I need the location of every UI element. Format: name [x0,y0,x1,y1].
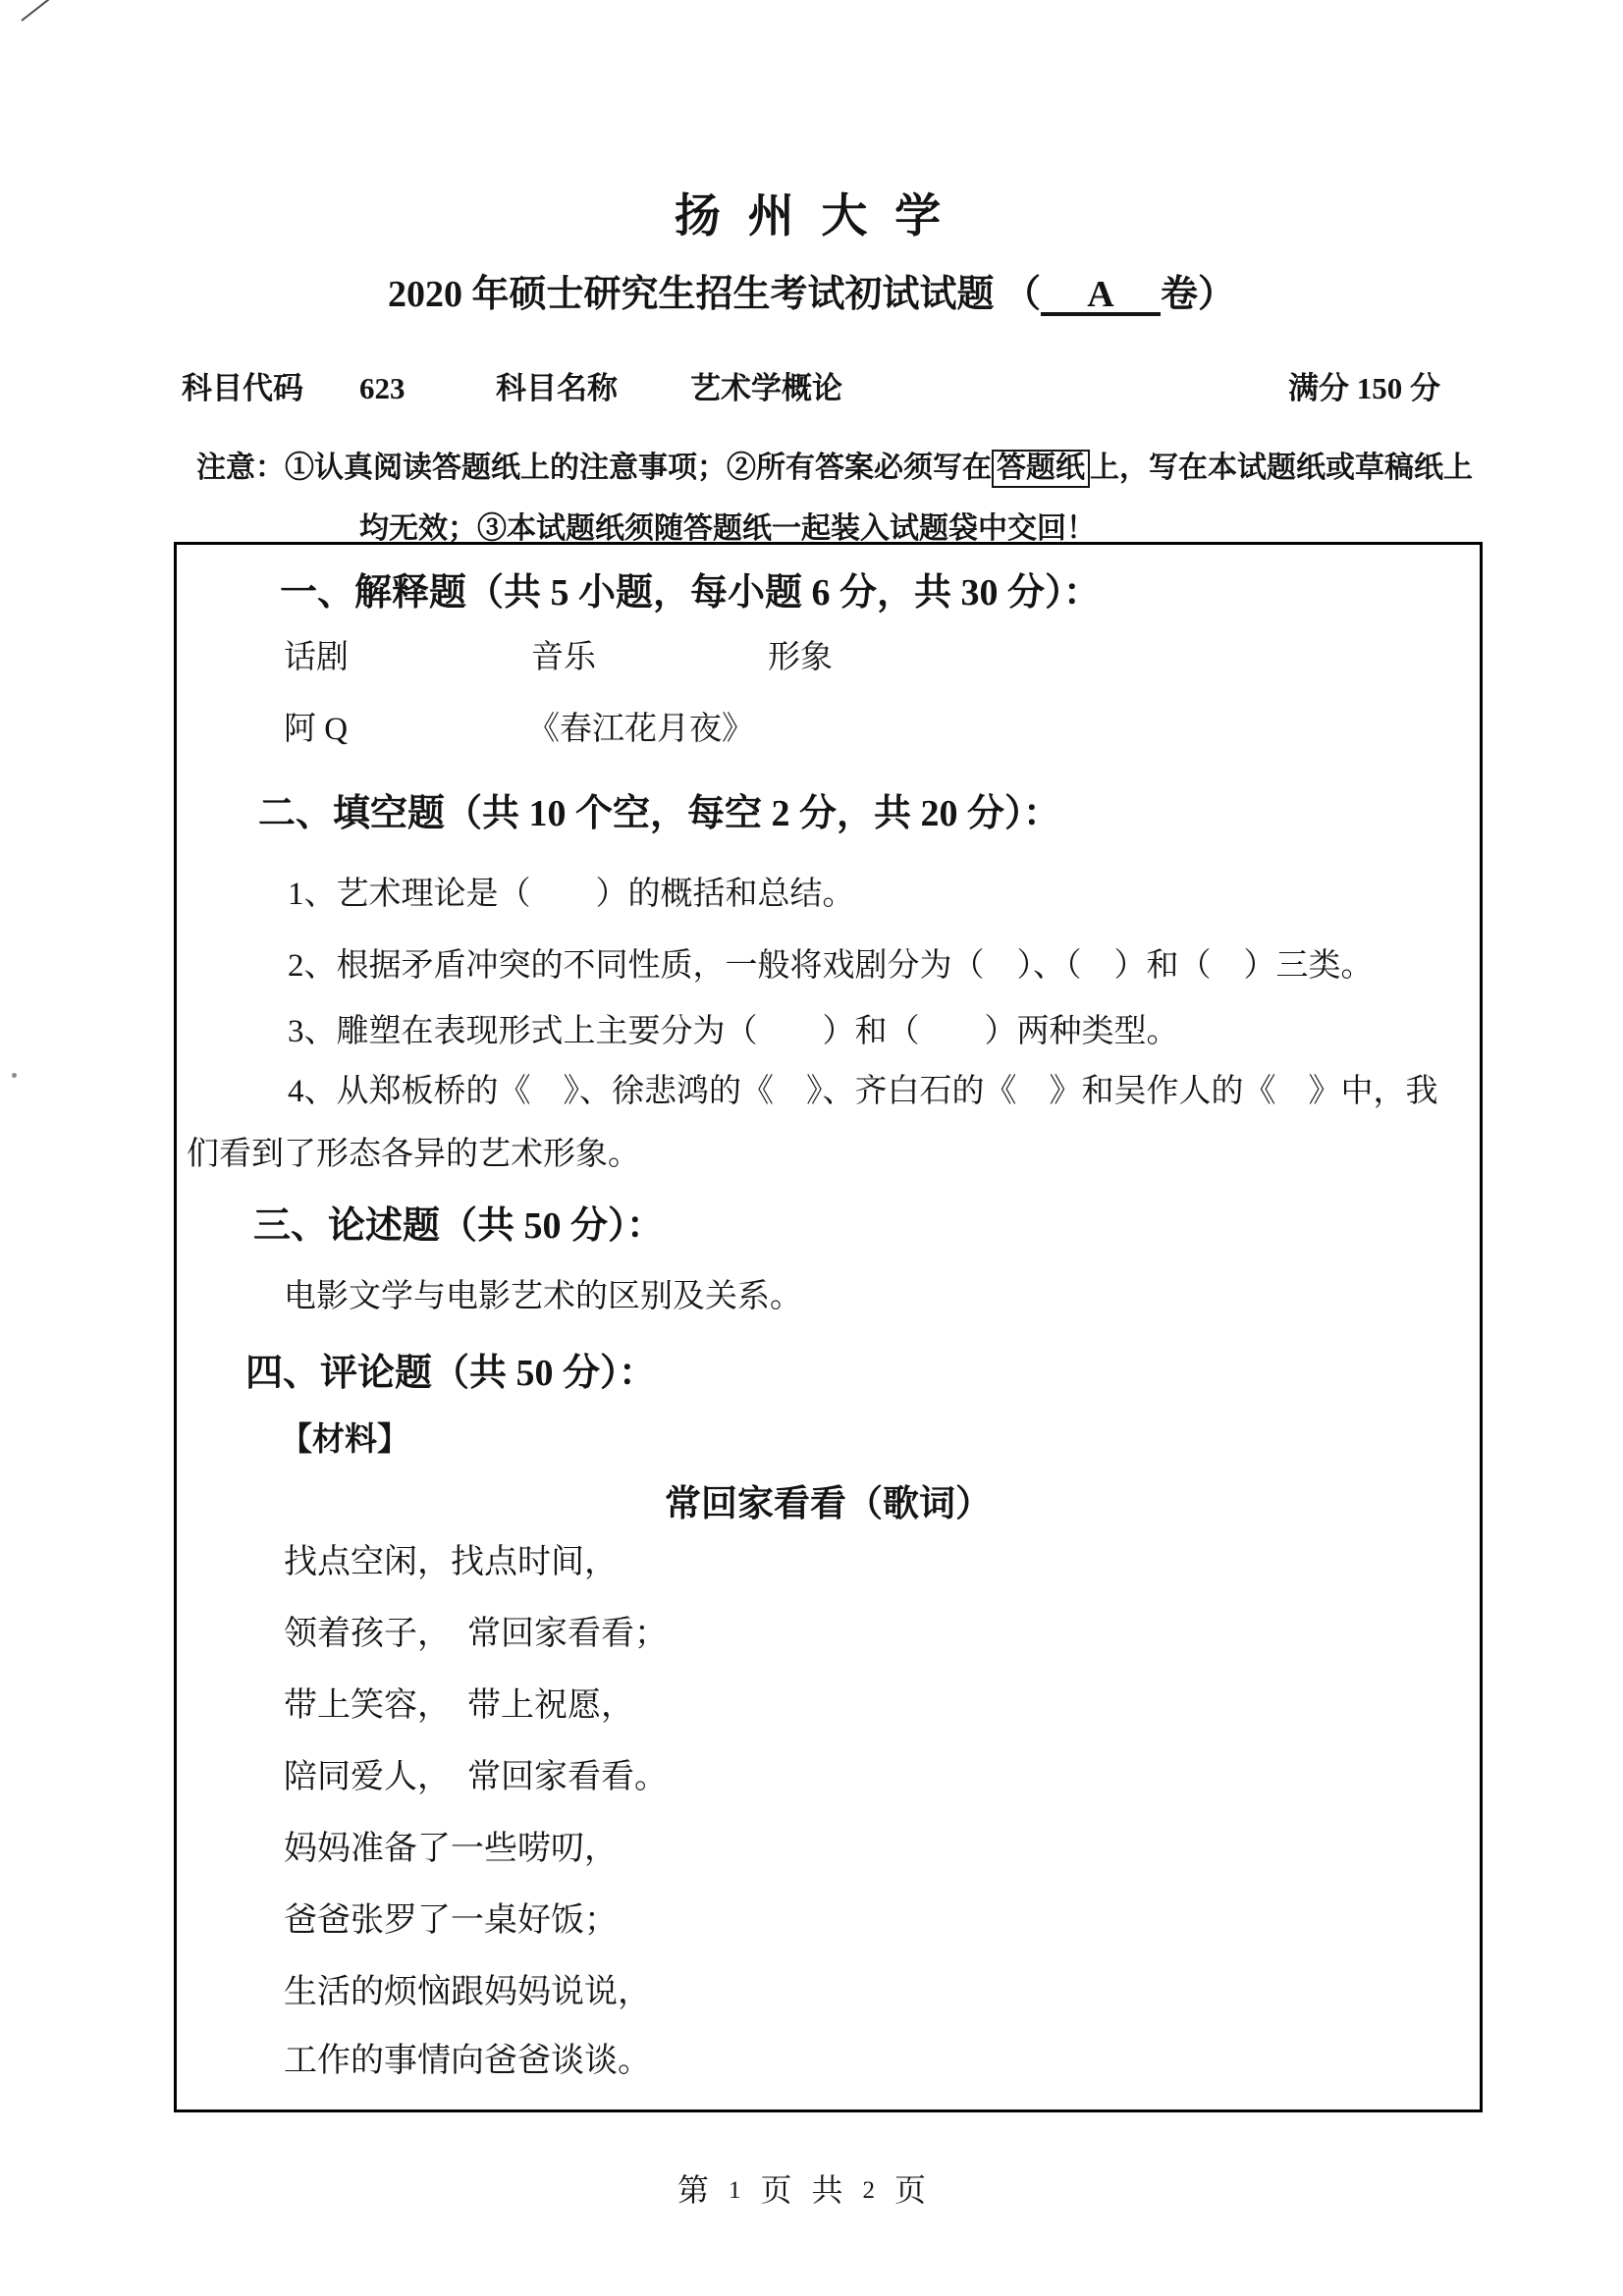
footer-ye-2: 页 [894,2165,926,2211]
notice-line1-pre: ①认真阅读答题纸上的注意事项；②所有答案必须写在 [285,452,992,484]
section-2-heading: 二、填空题（共 10 个空，每空 2 分，共 20 分）： [258,793,1060,836]
essay-prompt: 电影文学与电影艺术的区别及关系。 [284,1279,802,1316]
exam-subtitle-prefix: 2020 年硕士研究生招生考试初试试题 （ [388,274,1041,315]
term-yinyue: 音乐 [531,640,596,677]
full-score-value: 150 分 [1357,371,1440,405]
lyric-line-1: 找点空闲，找点时间， [284,1543,618,1581]
section-1-heading: 一、解释题（共 5 小题，每小题 6 分，共 30 分）： [280,572,1101,615]
question-border-box [174,542,1483,2112]
notice-line1-post: 上，写在本试题纸或草稿纸上 [1090,452,1473,484]
full-score: 满分 150 分 [1288,371,1440,406]
lyric-line-7: 生活的烦恼跟妈妈说说， [284,1973,651,2011]
footer-total-pages: 2 [863,2177,876,2205]
blank-item-4-line1: 4、从郑板桥的《 》、徐悲鸿的《 》、齐白石的《 》和吴作人的《 》中，我 [288,1074,1438,1111]
boxed-answer-sheet-word: 答题纸 [992,450,1090,488]
subject-code-label: 科目代码 [182,371,303,406]
lyric-line-4: 陪同爱人， 常回家看看。 [284,1758,668,1796]
blank-item-4-line2: 们看到了形态各异的艺术形象。 [187,1137,640,1174]
song-title: 常回家看看（歌词） [174,1484,1483,1526]
footer-page-number: 1 [729,2177,741,2205]
lyric-line-5: 妈妈准备了一些唠叨， [284,1830,618,1868]
term-huaju: 话剧 [284,640,349,677]
scan-speck [12,1073,17,1078]
lyric-line-6: 爸爸张罗了一桌好饭； [284,1901,618,1940]
blank-item-2: 2、根据矛盾冲突的不同性质，一般将戏剧分为（ ）、（ ）和（ ）三类。 [288,948,1374,986]
footer-di: 第 [677,2165,709,2211]
footer-gong: 共 [812,2165,843,2211]
material-label: 【材料】 [280,1422,409,1460]
page-footer: 第 1 页 共 2 页 [677,2165,926,2211]
page-title: 扬 州 大 学 [0,190,1623,243]
paper-version-blank: A [1041,277,1161,316]
lyric-line-8: 工作的事情向爸爸谈谈。 [284,2042,651,2080]
subject-code-value: 623 [359,371,406,406]
footer-ye-1: 页 [761,2165,792,2211]
subject-name-value: 艺术学概论 [690,371,842,406]
exam-subtitle: 2020 年硕士研究生招生考试初试试题 （A卷） [0,274,1623,317]
term-ah-q: 阿 Q [284,712,348,749]
blank-item-1: 1、艺术理论是（ ）的概括和总结。 [288,877,855,914]
subject-name-label: 科目名称 [496,371,618,406]
full-score-label: 满分 [1288,371,1349,405]
section-4-heading: 四、评论题（共 50 分）： [245,1353,656,1396]
blank-item-3: 3、雕塑在表现形式上主要分为（ ）和（ ）两种类型。 [288,1014,1179,1051]
lyric-line-2: 领着孩子， 常回家看看； [284,1615,668,1653]
exam-subtitle-suffix: 卷） [1161,274,1235,315]
section-3-heading: 三、论述题（共 50 分）： [253,1205,664,1249]
term-chunjiang: 《春江花月夜》 [527,712,754,749]
exam-paper-page: 扬 州 大 学 2020 年硕士研究生招生考试初试试题 （A卷） 科目代码 62… [0,0,1623,2296]
lyric-line-3: 带上笑容， 带上祝愿， [284,1686,634,1725]
scan-scratch-mark [21,0,62,22]
term-xingxiang: 形象 [768,640,833,677]
notice-line1: 注意：①认真阅读答题纸上的注意事项；②所有答案必须写在答题纸上，写在本试题纸或草… [196,452,1473,486]
notice-label: 注意： [196,452,285,484]
